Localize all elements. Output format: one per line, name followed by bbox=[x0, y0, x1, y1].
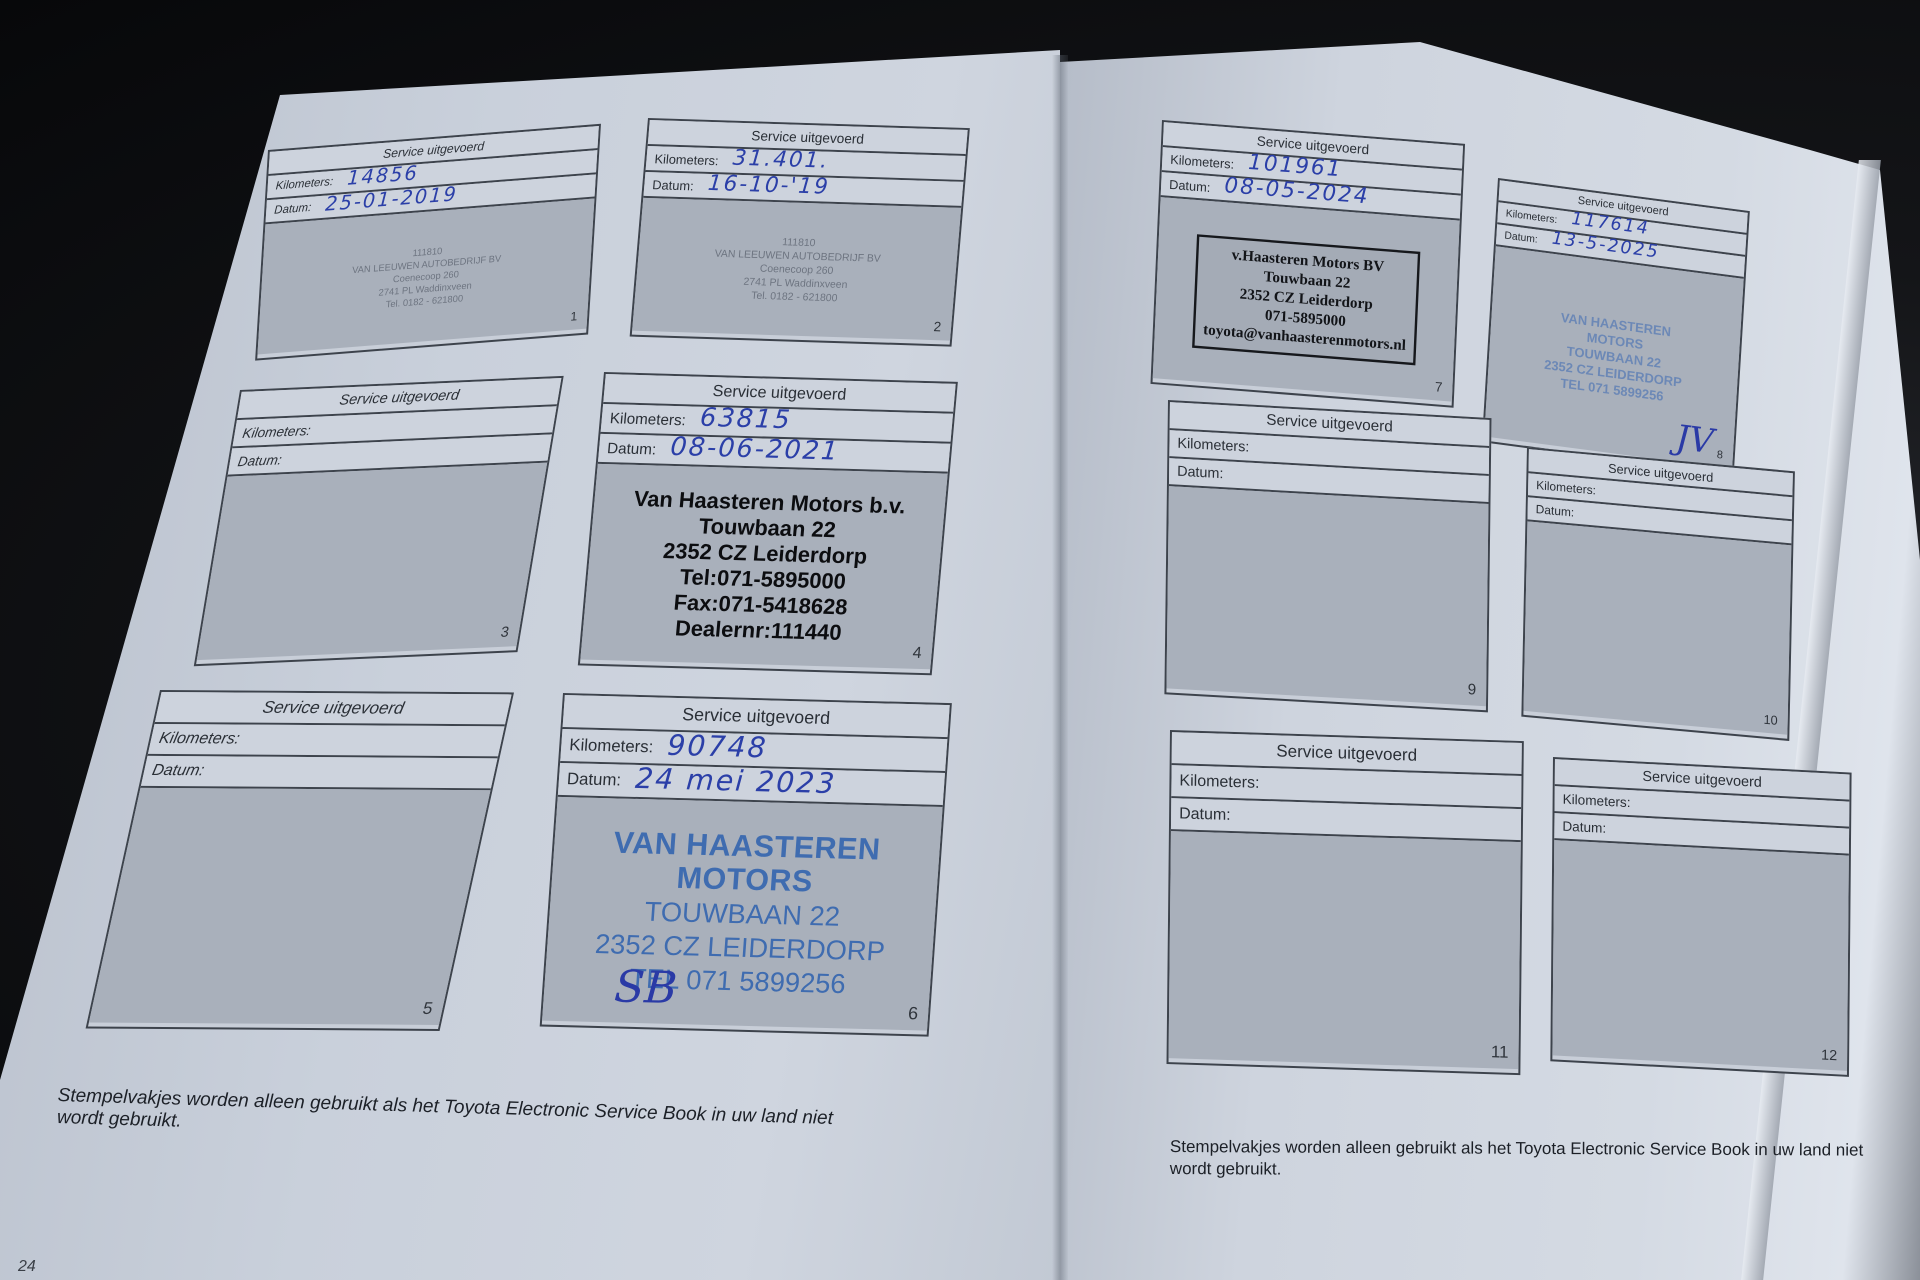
stamp-box: Service uitgevoerdKilometers:Datum:9 bbox=[1164, 400, 1491, 712]
box-title: Service uitgevoerd bbox=[155, 692, 512, 726]
stamp-area: 12 bbox=[1552, 840, 1848, 1071]
signature: JV bbox=[1675, 417, 1715, 462]
dealer-stamp-border: v.Haasteren Motors BVTouwbaan 222352 CZ … bbox=[1192, 234, 1421, 365]
date-label: Datum: bbox=[598, 439, 656, 458]
box-number: 6 bbox=[907, 1003, 918, 1024]
box-number: 9 bbox=[1468, 681, 1477, 699]
stamp-box: Service uitgevoerdKilometers:Datum:3 bbox=[194, 376, 564, 666]
dealer-stamp: 111810VAN LEEUWEN AUTOBEDRIJF BVCoenecoo… bbox=[665, 212, 928, 326]
stamp-box: Service uitgevoerdKilometers:101961Datum… bbox=[1150, 120, 1465, 408]
date-label: Datum: bbox=[1169, 463, 1224, 482]
stamp-area: 111810VAN LEEUWEN AUTOBEDRIJF BVCoenecoo… bbox=[632, 198, 961, 341]
kilometers-label: Kilometers: bbox=[1528, 477, 1596, 497]
stamp-line: Van Haasteren Motors b.v. bbox=[633, 486, 907, 519]
kilometers-label: Kilometers: bbox=[149, 730, 241, 749]
date-label: Datum: bbox=[266, 202, 312, 218]
stamp-box: Service uitgevoerdKilometers:Datum:11 bbox=[1167, 730, 1524, 1075]
date-label: Datum: bbox=[1171, 805, 1231, 825]
date-value: 08-06-2021 bbox=[669, 432, 841, 467]
stamp-box: Service uitgevoerdKilometers:31.401.Datu… bbox=[630, 118, 970, 347]
kilometers-label: Kilometers: bbox=[601, 409, 686, 428]
date-label: Datum: bbox=[558, 769, 621, 791]
kilometers-label: Kilometers: bbox=[1171, 772, 1259, 793]
page-number: 24 bbox=[18, 1258, 36, 1276]
stamp-box: Service uitgevoerdKilometers:Datum:5 bbox=[86, 690, 514, 1031]
kilometers-row: Kilometers: bbox=[148, 724, 505, 758]
kilometers-label: Kilometers: bbox=[267, 176, 333, 193]
kilometers-value: 90748 bbox=[666, 728, 768, 764]
date-value: 16-10-'19 bbox=[707, 170, 831, 199]
stamp-area: 3 bbox=[197, 463, 547, 660]
date-label: Datum: bbox=[1496, 229, 1538, 245]
box-number: 2 bbox=[933, 319, 942, 334]
stamp-area: 5 bbox=[89, 788, 491, 1025]
dealer-stamp: Van Haasteren Motors b.v.Touwbaan 222352… bbox=[590, 469, 939, 664]
box-number: 7 bbox=[1435, 379, 1443, 395]
stamp-line: 111810 bbox=[782, 235, 816, 250]
date-label: Datum: bbox=[644, 176, 694, 193]
box-number: 12 bbox=[1821, 1047, 1837, 1064]
stamp-line: VAN HAASTEREN MOTORS bbox=[541, 825, 950, 903]
kilometers-label: Kilometers: bbox=[233, 422, 311, 440]
stamp-line: TOUWBAAN 22 bbox=[644, 894, 841, 933]
box-number: 11 bbox=[1491, 1042, 1509, 1063]
stamp-line: Dealernr:111440 bbox=[674, 615, 843, 645]
kilometers-value: 63815 bbox=[699, 403, 793, 435]
stamp-box: Service uitgevoerdKilometers:Datum:12 bbox=[1550, 757, 1851, 1077]
box-number: 10 bbox=[1763, 712, 1777, 728]
date-label: Datum: bbox=[1528, 501, 1575, 519]
stamp-line: Tel. 0182 - 621800 bbox=[751, 288, 838, 304]
stamp-box: Service uitgevoerdKilometers:14856Datum:… bbox=[255, 124, 601, 361]
stamp-line: Touwbaan 22 bbox=[698, 513, 837, 542]
dealer-stamp: VAN HAASTEREN MOTORSTOUWBAAN 222352 CZ L… bbox=[1530, 285, 1699, 430]
book-spine bbox=[1052, 55, 1068, 1280]
date-label: Datum: bbox=[229, 452, 283, 469]
kilometers-label: Kilometers: bbox=[1498, 207, 1558, 226]
footnote-right-line2: wordt gebruikt. bbox=[1170, 1158, 1863, 1184]
date-label: Datum: bbox=[142, 762, 206, 780]
box-number: 8 bbox=[1716, 449, 1723, 462]
stamp-area: VAN HAASTEREN MOTORSTOUWBAAN 222352 CZ L… bbox=[1484, 246, 1743, 469]
dealer-stamp: VAN HAASTEREN MOTORSTOUWBAAN 222352 CZ L… bbox=[532, 791, 953, 1036]
kilometers-value: 31.401. bbox=[732, 145, 830, 173]
kilometers-label: Kilometers: bbox=[1555, 791, 1631, 810]
stamp-box: Service uitgevoerdKilometers:117614Datum… bbox=[1482, 178, 1750, 475]
stamp-area: 9 bbox=[1166, 486, 1488, 706]
footnote-right: Stempelvakjes worden alleen gebruikt als… bbox=[1170, 1136, 1864, 1184]
stamp-area: 10 bbox=[1523, 521, 1791, 734]
box-number: 5 bbox=[421, 999, 435, 1019]
box-number: 4 bbox=[912, 644, 923, 663]
signature: SB bbox=[613, 961, 679, 1014]
kilometers-label: Kilometers: bbox=[561, 735, 654, 757]
date-label: Datum: bbox=[1554, 818, 1606, 836]
stamp-area: v.Haasteren Motors BVTouwbaan 222352 CZ … bbox=[1153, 197, 1460, 401]
stamp-area: Van Haasteren Motors b.v.Touwbaan 222352… bbox=[580, 464, 947, 669]
stamp-box: Service uitgevoerdKilometers:Datum:10 bbox=[1521, 447, 1795, 741]
date-row: Datum: bbox=[140, 756, 497, 790]
stamp-area: 11 bbox=[1169, 831, 1521, 1069]
dealer-stamp: 111810VAN LEEUWEN AUTOBEDRIJF BVCoenecoo… bbox=[305, 220, 548, 332]
kilometers-label: Kilometers: bbox=[1169, 435, 1249, 455]
box-number: 3 bbox=[499, 624, 510, 640]
kilometers-label: Kilometers: bbox=[646, 150, 719, 167]
box-number: 1 bbox=[570, 309, 578, 324]
stamp-area: VAN HAASTEREN MOTORSTOUWBAAN 222352 CZ L… bbox=[542, 797, 943, 1031]
stamp-box: Service uitgevoerdKilometers:90748Datum:… bbox=[540, 693, 952, 1037]
stamp-area: 111810VAN LEEUWEN AUTOBEDRIJF BVCoenecoo… bbox=[257, 199, 594, 355]
stamp-box: Service uitgevoerdKilometers:63815Datum:… bbox=[578, 372, 958, 675]
kilometers-label: Kilometers: bbox=[1162, 151, 1234, 172]
date-label: Datum: bbox=[1161, 176, 1211, 195]
dealer-stamp: v.Haasteren Motors BVTouwbaan 222352 CZ … bbox=[1183, 218, 1429, 382]
